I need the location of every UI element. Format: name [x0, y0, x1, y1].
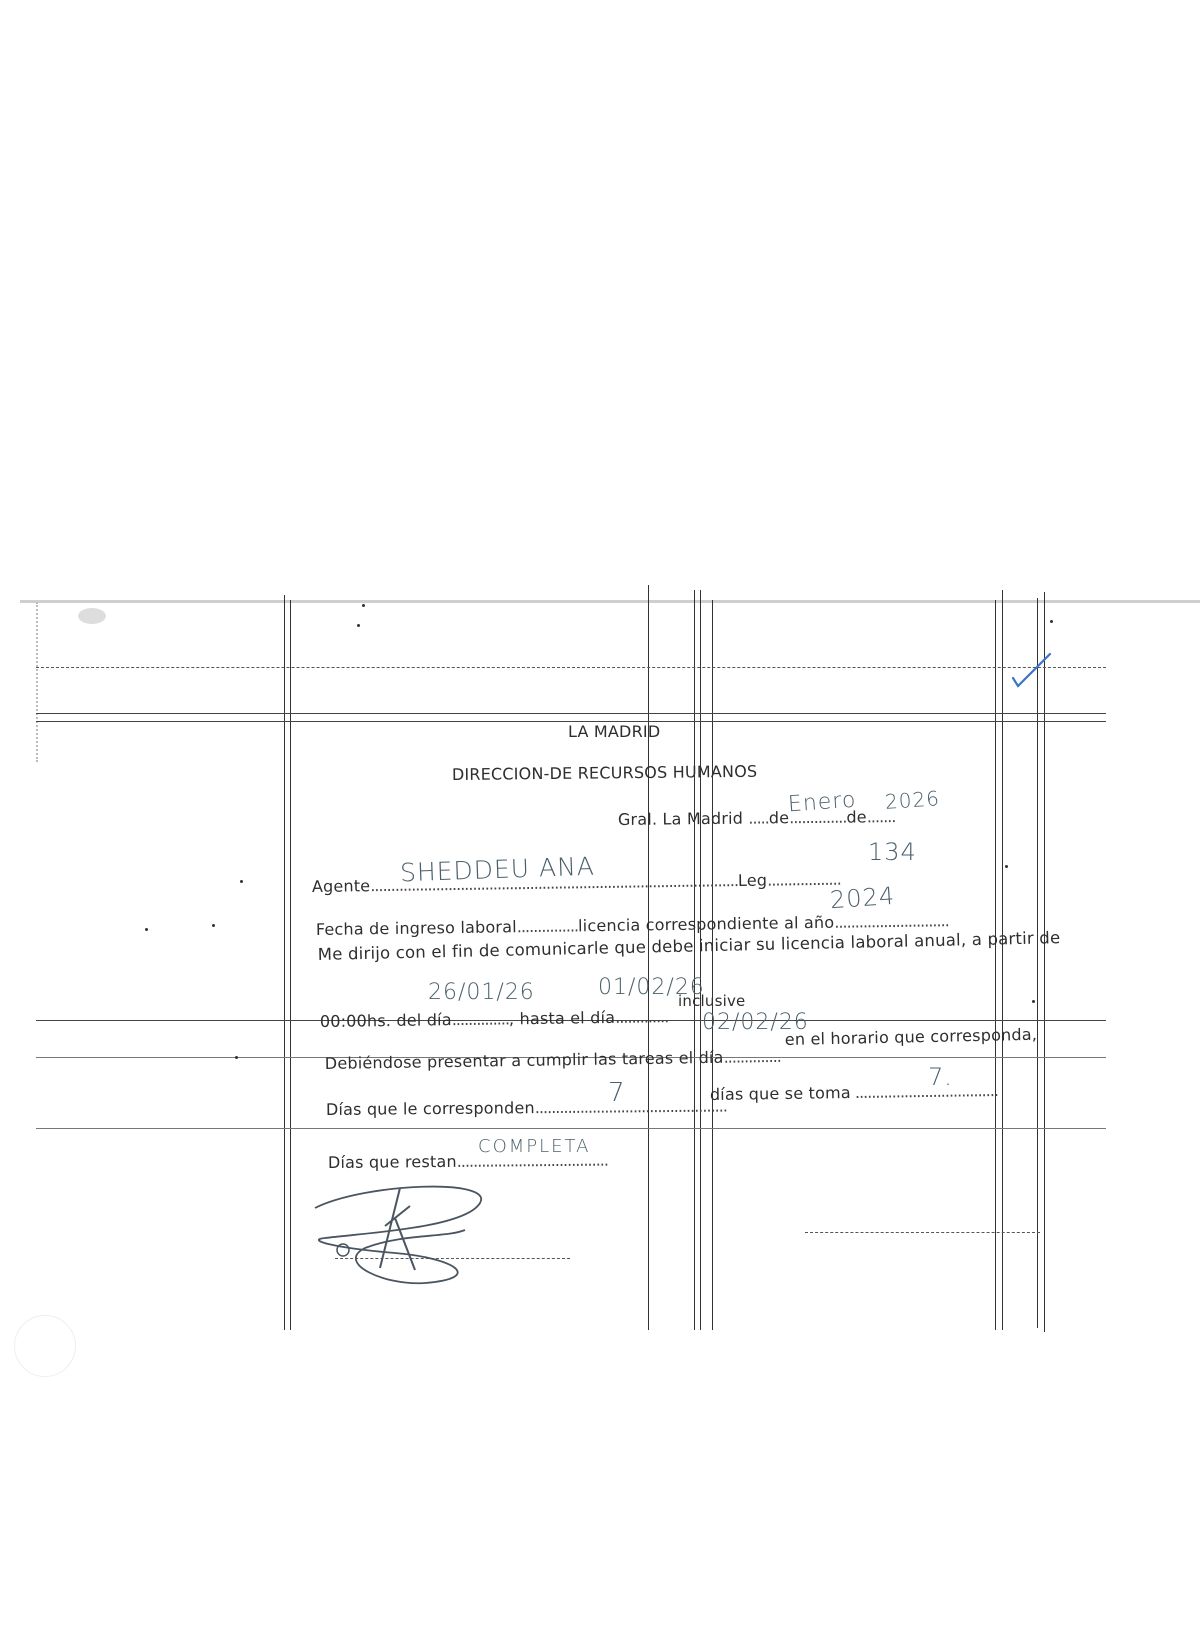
grid-vline: [995, 600, 996, 1330]
scan-speck: [235, 1056, 238, 1059]
scan-speck: [212, 924, 215, 927]
year-handwritten: 2026: [884, 786, 940, 814]
scan-speck: [240, 880, 243, 883]
scan-speck: [357, 624, 360, 627]
place-label: Gral. La Madrid: [618, 809, 743, 829]
scan-speck: [362, 604, 365, 607]
grid-vline: [284, 595, 285, 1330]
taken-days-line: días que se toma .......................…: [710, 1081, 998, 1104]
signature-line-right: [805, 1232, 1040, 1233]
paper-edge: [36, 602, 39, 762]
entry-date-label: Fecha de ingreso laboral: [316, 917, 517, 939]
signature-mark: [305, 1178, 495, 1288]
department-title: DIRECCION-DE RECURSOS HUMANOS: [452, 762, 758, 784]
agent-label: Agente: [312, 876, 371, 896]
leg-label: Leg: [738, 871, 767, 890]
scan-speck: [1032, 1000, 1035, 1003]
leg-number-handwritten: 134: [868, 838, 917, 866]
until-label: , hasta el día: [509, 1008, 615, 1028]
scan-stain: [78, 608, 106, 624]
entitled-days-handwritten: 7: [608, 1078, 626, 1108]
hours-label: 00:00hs. del día: [320, 1010, 452, 1031]
grid-hline: [36, 713, 1106, 714]
taken-days-label: días que se toma: [710, 1083, 851, 1104]
taken-days-handwritten: 7.: [928, 1063, 953, 1091]
scan-speck: [1050, 620, 1053, 623]
de-label: de: [769, 808, 790, 827]
license-year-label: licencia correspondiente al año: [578, 913, 834, 936]
grid-vline: [694, 590, 695, 1330]
grid-vline: [290, 600, 291, 1330]
municipality-title: LA MADRID: [568, 722, 660, 741]
grid-vline: [1002, 590, 1003, 1330]
grid-hline: [36, 1128, 1106, 1129]
scan-speck: [145, 928, 148, 931]
entitled-days-line: Días que le corresponden................…: [326, 1097, 727, 1119]
check-icon: [1010, 648, 1055, 693]
license-year-handwritten: 2024: [829, 882, 896, 914]
grid-vline: [712, 600, 713, 1330]
start-date-handwritten: 26/01/26: [428, 980, 535, 1005]
grid-vline: [700, 590, 701, 1330]
inclusive-label: inclusive: [678, 992, 745, 1010]
grid-vline: [1037, 598, 1038, 1328]
entitled-days-label: Días que le corresponden: [326, 1098, 535, 1119]
remaining-days-label: Días que restan: [328, 1152, 457, 1172]
grid-hline: [36, 667, 1106, 668]
grid-vline: [648, 585, 649, 1330]
remaining-days-handwritten: COMPLETA: [478, 1136, 590, 1157]
scan-speck: [1005, 865, 1008, 868]
grid-vline: [1044, 592, 1045, 1332]
month-handwritten: Enero: [787, 788, 857, 818]
scan-artifact: [14, 1315, 76, 1377]
